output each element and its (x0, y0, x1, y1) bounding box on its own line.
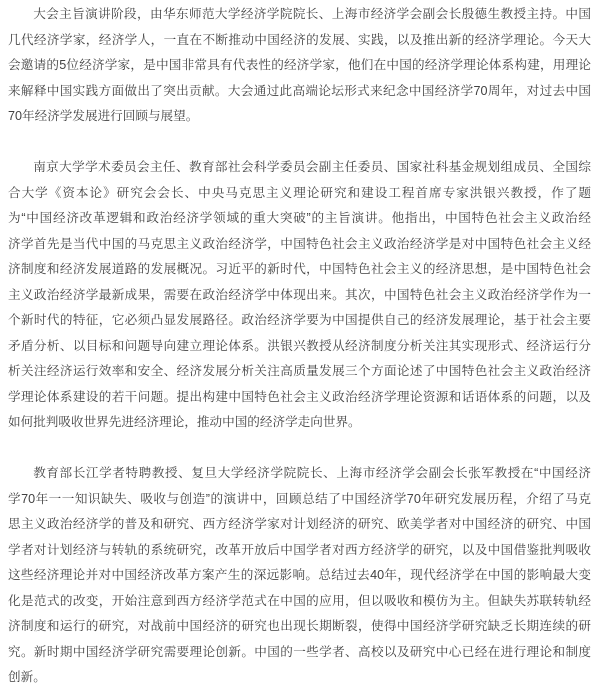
text-line: 学70年一一知识缺失、吸收与创造”的演讲中，回顾总结了中国经济学70年研究发展历… (8, 487, 591, 513)
article-page: 大会主旨演讲阶段，由华东师范大学经济学院院长、上海市经济学会副会长殷德生教授主持… (0, 0, 599, 693)
text-line: 大会主旨演讲阶段，由华东师范大学经济学院院长、上海市经济学会副会长殷德生教授主持… (8, 2, 591, 28)
text-line: 南京大学学术委员会主任、教育部社会科学委员会副主任委员、国家社科基金规划组成员、… (8, 155, 591, 181)
paragraph: 大会主旨演讲阶段，由华东师范大学经济学院院长、上海市经济学会副会长殷德生教授主持… (8, 2, 591, 130)
text-line: 70年经济学发展进行回顾与展望。 (8, 104, 591, 130)
text-line: 济学首先是当代中国的马克思主义政治经济学，中国特色社会主义政治经济学是对中国特色… (8, 232, 591, 258)
text-line: 思主义政治经济学的普及和研究、西方经济学家对计划经济的研究、欧美学者对中国经济的… (8, 512, 591, 538)
text-line: 济制度和经济发展道路的发展概况。习近平的新时代，中国特色社会主义的经济思想，是中… (8, 257, 591, 283)
text-line: 如何批判吸收世界先进经济理论，推动中国的经济学走向世界。 (8, 410, 591, 436)
text-line: 创新。 (8, 665, 591, 691)
text-line: 个新时代的特征，它必须凸显发展路径。政治经济学要为中国提供自己的经济发展理论，基… (8, 308, 591, 334)
text-line: 矛盾分析、以目标和问题导向建立理论体系。洪银兴教授从经济制度分析关注其实现形式、… (8, 334, 591, 360)
paragraph: 教育部长江学者特聘教授、复旦大学经济学院院长、上海市经济学会副会长张军教授在“中… (8, 461, 591, 691)
text-line: 化是范式的改变，开始注意到西方经济学范式在中国的应用，但以吸收和模仿为主。但缺失… (8, 589, 591, 615)
text-line: 合大学《资本论》研究会会长、中央马克思主义理论研究和建设工程首席专家洪银兴教授，… (8, 181, 591, 207)
text-line: 析关注经济运行效率和安全、经济发展分析关注高质量发展三个方面论述了中国特色社会主… (8, 359, 591, 385)
text-line: 学理论体系建设的若干问题。提出构建中国特色社会主义政治经济学理论资源和话语体系的… (8, 385, 591, 411)
text-line: 济制度和运行的研究，对战前中国经济的研究也出现长期断裂，使得中国经济学研究缺乏长… (8, 614, 591, 640)
text-line: 主义政治经济学最新成果，需要在政治经济学中体现出来。其次，中国特色社会主义政治经… (8, 283, 591, 309)
text-line: 教育部长江学者特聘教授、复旦大学经济学院院长、上海市经济学会副会长张军教授在“中… (8, 461, 591, 487)
text-line: 为“中国经济改革逻辑和政治经济学领域的重大突破”的主旨演讲。他指出，中国特色社会… (8, 206, 591, 232)
text-line: 会邀请的5位经济学家，是中国非常具有代表性的经济学家，他们在中国的经济学理论体系… (8, 53, 591, 79)
text-line: 这些经济理论并对中国经济改革方案产生的深远影响。总结过去40年，现代经济学在中国… (8, 563, 591, 589)
text-line: 学者对计划经济与转轨的系统研究，改革开放后中国学者对西方经济学的研究，以及中国借… (8, 538, 591, 564)
text-line: 来解释中国实践方面做出了突出贡献。大会通过此高端论坛形式来纪念中国经济学70周年… (8, 79, 591, 105)
paragraph: 南京大学学术委员会主任、教育部社会科学委员会副主任委员、国家社科基金规划组成员、… (8, 155, 591, 436)
article-body: 大会主旨演讲阶段，由华东师范大学经济学院院长、上海市经济学会副会长殷德生教授主持… (8, 2, 591, 691)
text-line: 究。新时期中国经济学研究需要理论创新。中国的一些学者、高校以及研究中心已经在进行… (8, 640, 591, 666)
text-line: 几代经济学家，经济学人，一直在不断推动中国经济的发展、实践，以及推出新的经济学理… (8, 28, 591, 54)
